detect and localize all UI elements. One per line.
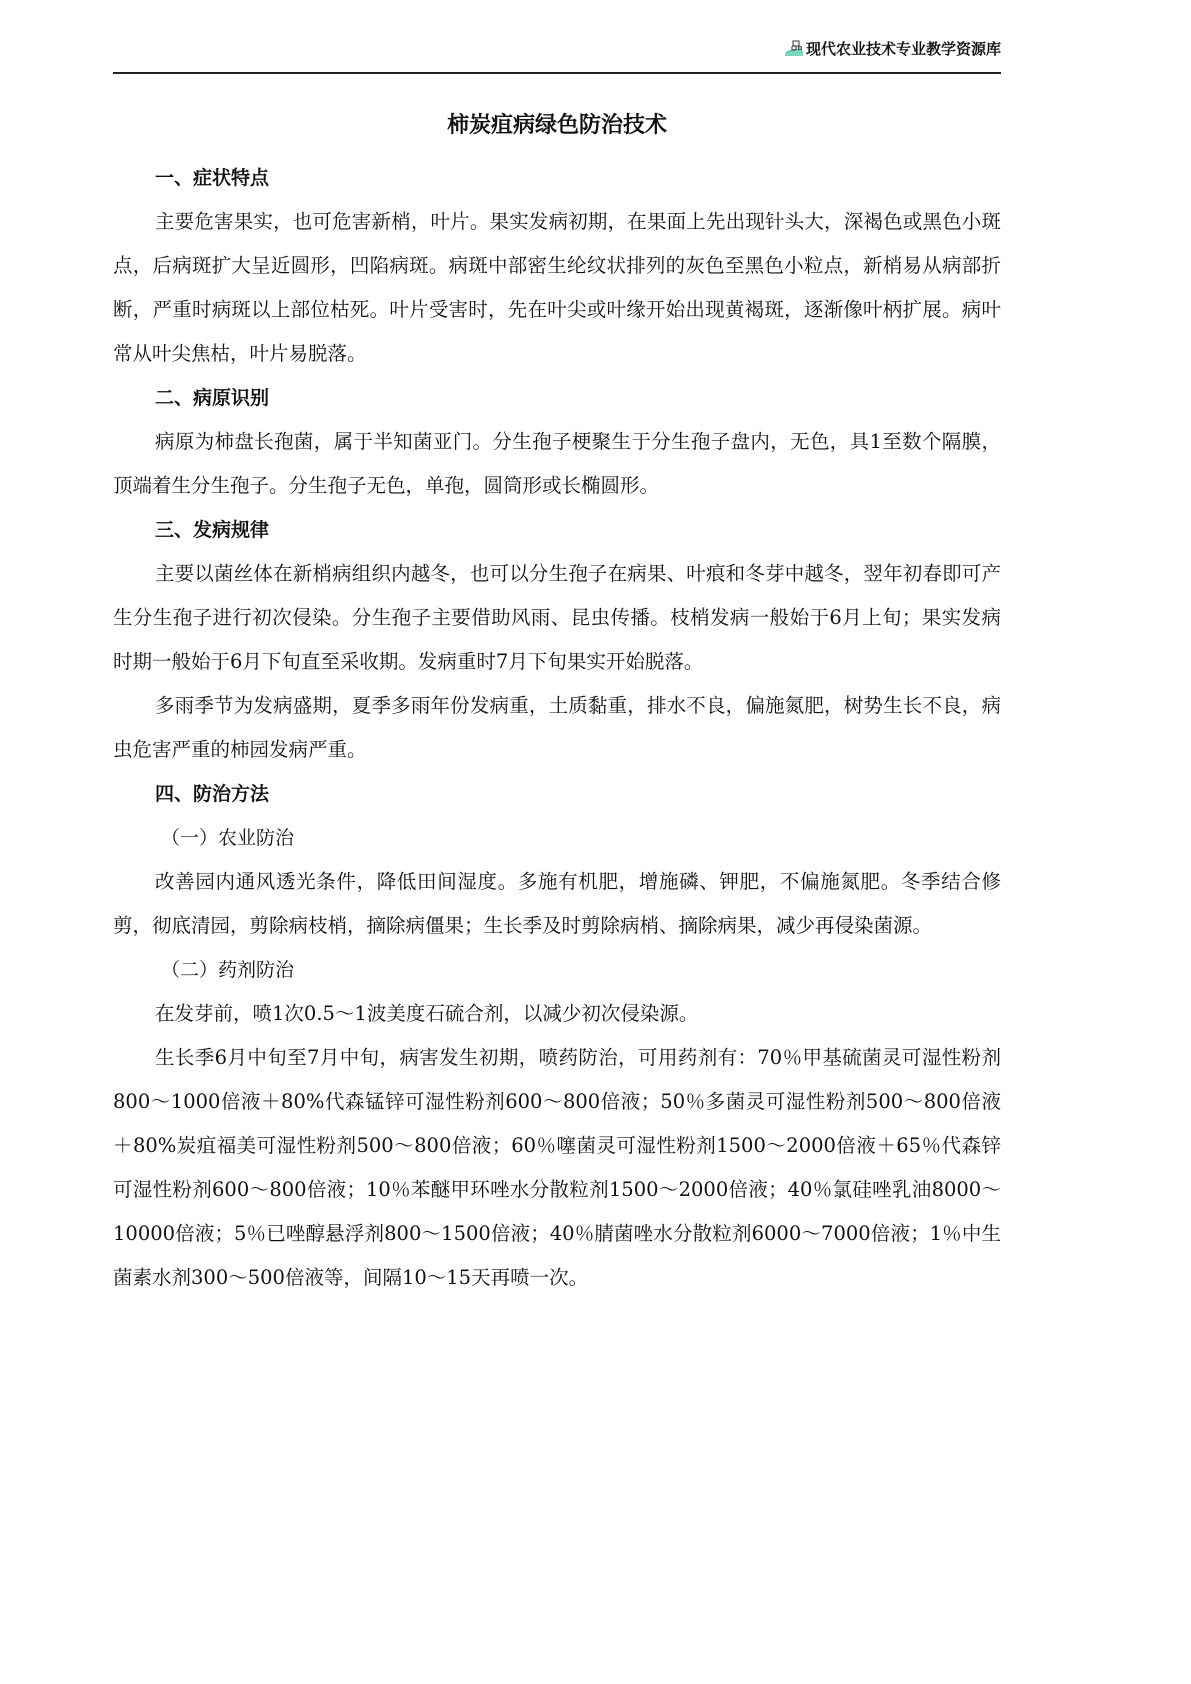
header-title: 现代农业技术专业教学资源库 — [784, 38, 1001, 59]
header-text: 现代农业技术专业教学资源库 — [806, 40, 1001, 58]
paragraph: 改善园内通风透光条件，降低田间湿度。多施有机肥，增施磷、钾肥，不偏施氮肥。冬季结… — [113, 860, 1001, 948]
section-heading: 四、防治方法 — [113, 772, 1001, 816]
subsection-heading: （一）农业防治 — [113, 816, 1001, 860]
page-header: 现代农业技术专业教学资源库 — [113, 30, 1001, 70]
paragraph: 生长季6月中旬至7月中旬，病害发生初期，喷药防治，可用药剂有：70％甲基硫菌灵可… — [113, 1036, 1001, 1300]
document-body: 柿炭疽病绿色防治技术 一、症状特点 主要危害果实，也可危害新梢，叶片。果实发病初… — [113, 110, 1001, 1300]
paragraph: 主要危害果实，也可危害新梢，叶片。果实发病初期，在果面上先出现针头大，深褐色或黑… — [113, 200, 1001, 376]
paragraph: 病原为柿盘长孢菌，属于半知菌亚门。分生孢子梗聚生于分生孢子盘内，无色，具1至数个… — [113, 420, 1001, 508]
paragraph: 在发芽前，喷1次0.5～1波美度石硫合剂，以减少初次侵染源。 — [113, 992, 1001, 1036]
paragraph: 主要以菌丝体在新梢病组织内越冬，也可以分生孢子在病果、叶痕和冬芽中越冬，翌年初春… — [113, 552, 1001, 684]
tractor-field-logo-icon — [784, 39, 804, 57]
header-divider — [113, 72, 1001, 74]
document-title: 柿炭疽病绿色防治技术 — [113, 110, 1001, 142]
section-heading: 二、病原识别 — [113, 376, 1001, 420]
section-heading: 三、发病规律 — [113, 508, 1001, 552]
subsection-heading: （二）药剂防治 — [113, 948, 1001, 992]
paragraph: 多雨季节为发病盛期，夏季多雨年份发病重，土质黏重，排水不良，偏施氮肥，树势生长不… — [113, 684, 1001, 772]
section-heading: 一、症状特点 — [113, 156, 1001, 200]
